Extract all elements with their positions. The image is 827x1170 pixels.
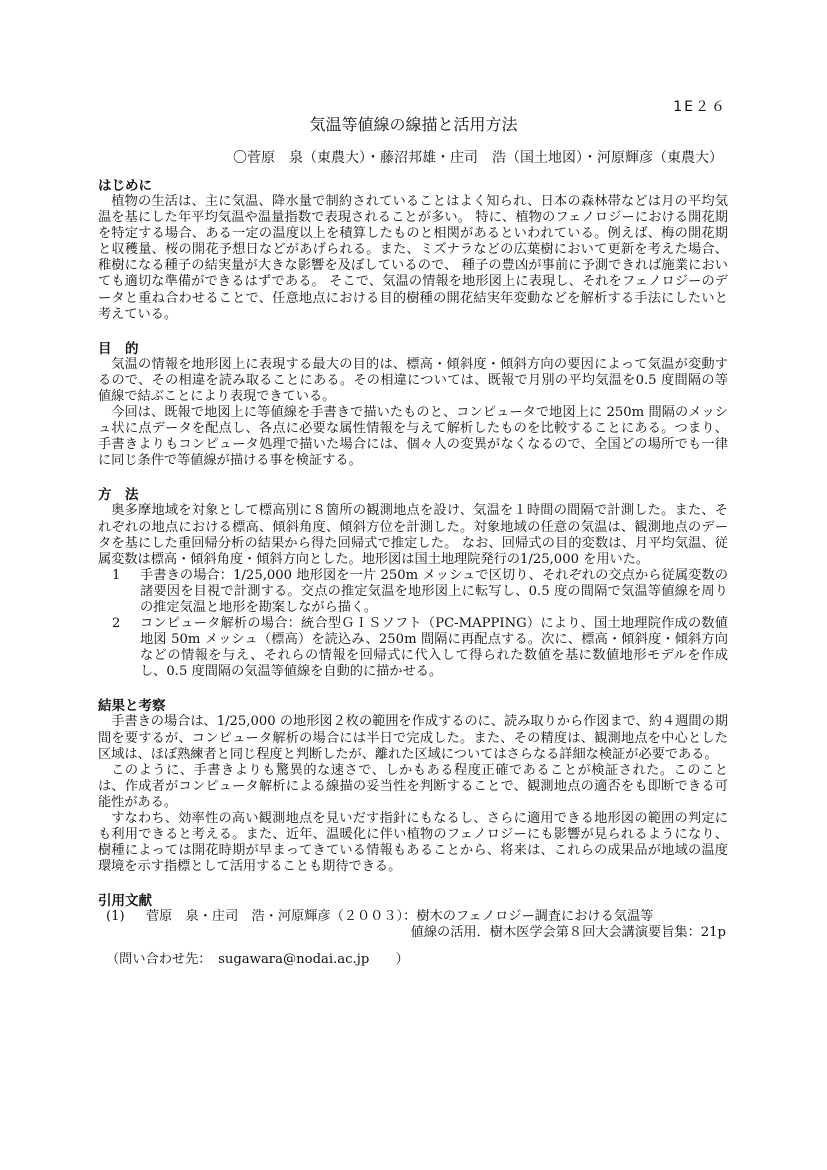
- paragraph: 手書きの場合は、1/25,000 の地形図２枚の範囲を作成するのに、読み取りから…: [98, 714, 728, 762]
- section-method: 方 法 奥多摩地域を対象として標高別に８箇所の観測地点を設け、気温を１時間の間隔…: [98, 487, 728, 680]
- reference-number: (1): [98, 909, 146, 925]
- list-item: 2 コンピュータ解析の場合：統合型ＧＩＳソフト（PC-MAPPING）により、国…: [98, 616, 728, 680]
- list-text: 手書きの場合：1/25,000 地形図を一片 250m メッシュで区切り、それぞ…: [140, 568, 728, 616]
- paragraph: 気温の情報を地形図上に表現する最大の目的は、標高・傾斜度・傾斜方向の要因によって…: [98, 357, 728, 405]
- method-list: 1 手書きの場合：1/25,000 地形図を一片 250m メッシュで区切り、そ…: [98, 568, 728, 681]
- section-purpose: 目 的 気温の情報を地形図上に表現する最大の目的は、標高・傾斜度・傾斜方向の要因…: [98, 341, 728, 470]
- section-results: 結果と考察 手書きの場合は、1/25,000 の地形図２枚の範囲を作成するのに、…: [98, 698, 728, 875]
- document-body: はじめに 植物の生活は、主に気温、降水量で制約されていることはよく知られ、日本の…: [98, 178, 728, 986]
- paragraph: 植物の生活は、主に気温、降水量で制約されていることはよく知られ、日本の森林帯など…: [98, 194, 728, 323]
- page-title: 気温等値線の線描と活用方法: [0, 112, 827, 135]
- list-number: 1: [98, 568, 140, 616]
- section-heading: 方 法: [98, 487, 728, 503]
- section-references: 引用文献 (1) 菅原 泉・庄司 浩・河原輝彦（２００３）：樹木のフェノロジー調…: [98, 893, 728, 967]
- section-heading: 引用文献: [98, 893, 728, 909]
- contact-info: （問い合わせ先： sugawara@nodai.ac.jp ）: [98, 952, 728, 968]
- list-text: コンピュータ解析の場合：統合型ＧＩＳソフト（PC-MAPPING）により、国土地…: [140, 616, 728, 680]
- section-heading: 目 的: [98, 341, 728, 357]
- paragraph: 今回は、既報で地図上に等値線を手書きで描いたものと、コンピュータで地図上に 25…: [98, 405, 728, 469]
- reference-item: (1) 菅原 泉・庄司 浩・河原輝彦（２００３）：樹木のフェノロジー調査における…: [98, 909, 728, 925]
- reference-continuation: 値線の活用．樹木医学会第８回大会講演要旨集：21p: [98, 925, 728, 941]
- paragraph: すなわち、効率性の高い観測地点を見いだす指針にもなるし、さらに適用できる地形図の…: [98, 811, 728, 875]
- section-heading: 結果と考察: [98, 698, 728, 714]
- list-number: 2: [98, 616, 140, 680]
- section-intro: はじめに 植物の生活は、主に気温、降水量で制約されていることはよく知られ、日本の…: [98, 178, 728, 323]
- authors-line: 〇菅原 泉（東農大）・藤沼邦雄・庄司 浩（国土地図）・河原輝彦（東農大）: [233, 147, 723, 167]
- section-heading: はじめに: [98, 178, 728, 194]
- paragraph: このように、手書きよりも驚異的な速さで、しかもある程度正確であることが検証された…: [98, 763, 728, 811]
- reference-text: 菅原 泉・庄司 浩・河原輝彦（２００３）：樹木のフェノロジー調査における気温等: [146, 909, 728, 925]
- document-page: 1E２６ 気温等値線の線描と活用方法 〇菅原 泉（東農大）・藤沼邦雄・庄司 浩（…: [0, 0, 827, 1170]
- paragraph: 奥多摩地域を対象として標高別に８箇所の観測地点を設け、気温を１時間の間隔で計測し…: [98, 503, 728, 567]
- list-item: 1 手書きの場合：1/25,000 地形図を一片 250m メッシュで区切り、そ…: [98, 568, 728, 616]
